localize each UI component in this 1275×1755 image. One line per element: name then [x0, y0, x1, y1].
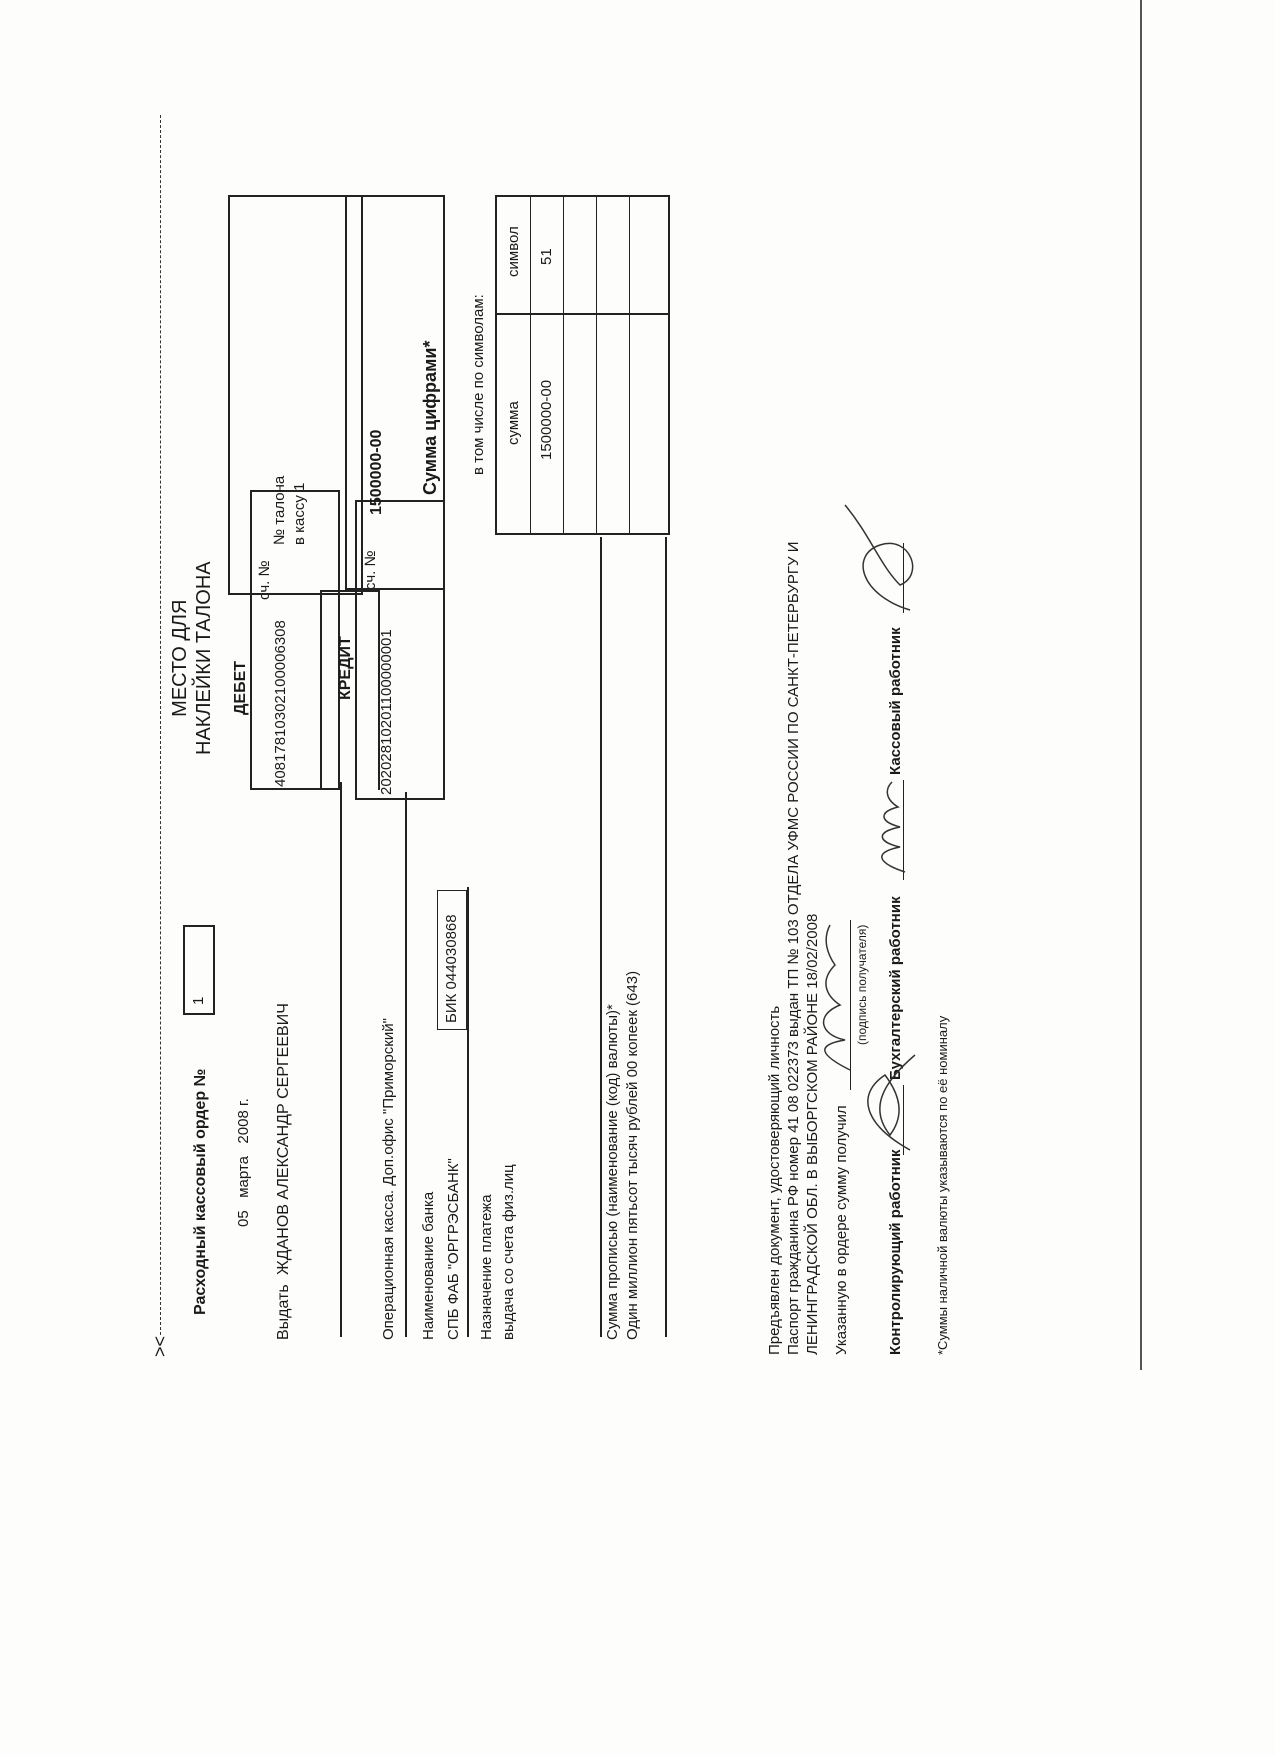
symbols-caption: в том числе по символам: [470, 294, 487, 475]
date-year: 2008 г. [235, 1098, 252, 1143]
order-title: Расходный кассовый ордер № [192, 1069, 210, 1315]
bank-label: Наименование банка [420, 1192, 437, 1340]
order-number-box: 1 [183, 925, 215, 1015]
cash-desk: Операционная касса. Доп.офис "Приморский… [380, 1018, 397, 1340]
cut-mark: >< [150, 1336, 171, 1357]
date-day: 05 [235, 1210, 252, 1227]
order-number: 1 [190, 997, 207, 1005]
row-line-1 [340, 782, 342, 1337]
symbols-col-divider [495, 313, 670, 315]
purpose-value: выдача со счета физ.лиц [500, 1164, 517, 1340]
talon-cash-desk: в кассу 1 [290, 476, 310, 545]
bik-value: БИК 044030868 [443, 914, 460, 1023]
purpose-label: Назначение платежа [478, 1194, 495, 1340]
row-line-2 [405, 792, 407, 1337]
controller-signature [860, 1045, 925, 1155]
symbols-row-4 [629, 195, 630, 535]
accountant-signature [870, 777, 915, 877]
amount-digits: 1500000-00 [368, 430, 386, 515]
controller-label: Контролирующий работник [887, 1149, 904, 1355]
row-line-4 [600, 537, 602, 1337]
symbols-row-symbol: 51 [538, 248, 555, 265]
symbols-row-2 [563, 195, 564, 535]
symbols-header-sum: сумма [505, 401, 522, 445]
debit-account-number: 40817810302100006308 [272, 620, 289, 787]
bik-box: БИК 044030868 [437, 890, 467, 1030]
amount-words-label: Сумма прописью (наименование (код) валют… [604, 1004, 621, 1340]
row-line-3 [467, 887, 469, 1337]
recipient-name: ЖДАНОВ АЛЕКСАНДР СЕРГЕЕВИЧ [275, 1003, 293, 1275]
symbols-row-sum: 1500000-00 [538, 380, 555, 460]
row-line-5 [665, 537, 667, 1337]
talon-place-label: МЕСТО ДЛЯ НАКЛЕЙКИ ТАЛОНА [168, 561, 216, 755]
cashier-signature [840, 495, 935, 615]
bank-name: СПБ ФАБ "ОРГРЭСБАНК" [445, 1158, 462, 1340]
talon-place-line2: НАКЛЕЙКИ ТАЛОНА [192, 561, 216, 755]
talon-number-label: № талона [270, 476, 290, 545]
id-doc-line2: Паспорт гражданина РФ номер 41 08 022373… [784, 542, 803, 1356]
id-doc-line1: Предъявлен документ, удостоверяющий личн… [765, 542, 784, 1356]
footnote: *Суммы наличной валюты указываются по её… [935, 1016, 950, 1355]
cashier-label: Кассовый работник [887, 627, 904, 775]
talon-text: № талона в кассу 1 [270, 476, 310, 545]
scan-edge-line [1140, 0, 1142, 1370]
symbols-row-1 [530, 195, 531, 535]
cut-line [160, 115, 161, 1335]
received-label: Указанную в ордере сумму получил [833, 1105, 850, 1355]
date-month: марта [235, 1156, 252, 1198]
order-date: 05 марта 2008 г. [235, 1098, 252, 1227]
talon-place-line1: МЕСТО ДЛЯ [168, 561, 192, 755]
debit-header: ДЕБЕТ [232, 661, 250, 715]
scanned-page: >< МЕСТО ДЛЯ НАКЛЕЙКИ ТАЛОНА Расходный к… [0, 0, 1275, 1755]
symbols-row-3 [596, 195, 597, 535]
credit-header: КРЕДИТ [337, 636, 355, 700]
amount-digits-label: Сумма цифрами* [420, 341, 441, 495]
credit-account-number: 20202810201100000001 [378, 629, 395, 795]
cash-order-form: >< МЕСТО ДЛЯ НАКЛЕЙКИ ТАЛОНА Расходный к… [0, 0, 1275, 1755]
amount-words: Один миллион пятьсот тысяч рублей 00 коп… [624, 971, 641, 1340]
recipient-signature [810, 915, 865, 1075]
issue-label: Выдать [275, 1284, 293, 1340]
symbols-header-symbol: символ [505, 226, 522, 277]
